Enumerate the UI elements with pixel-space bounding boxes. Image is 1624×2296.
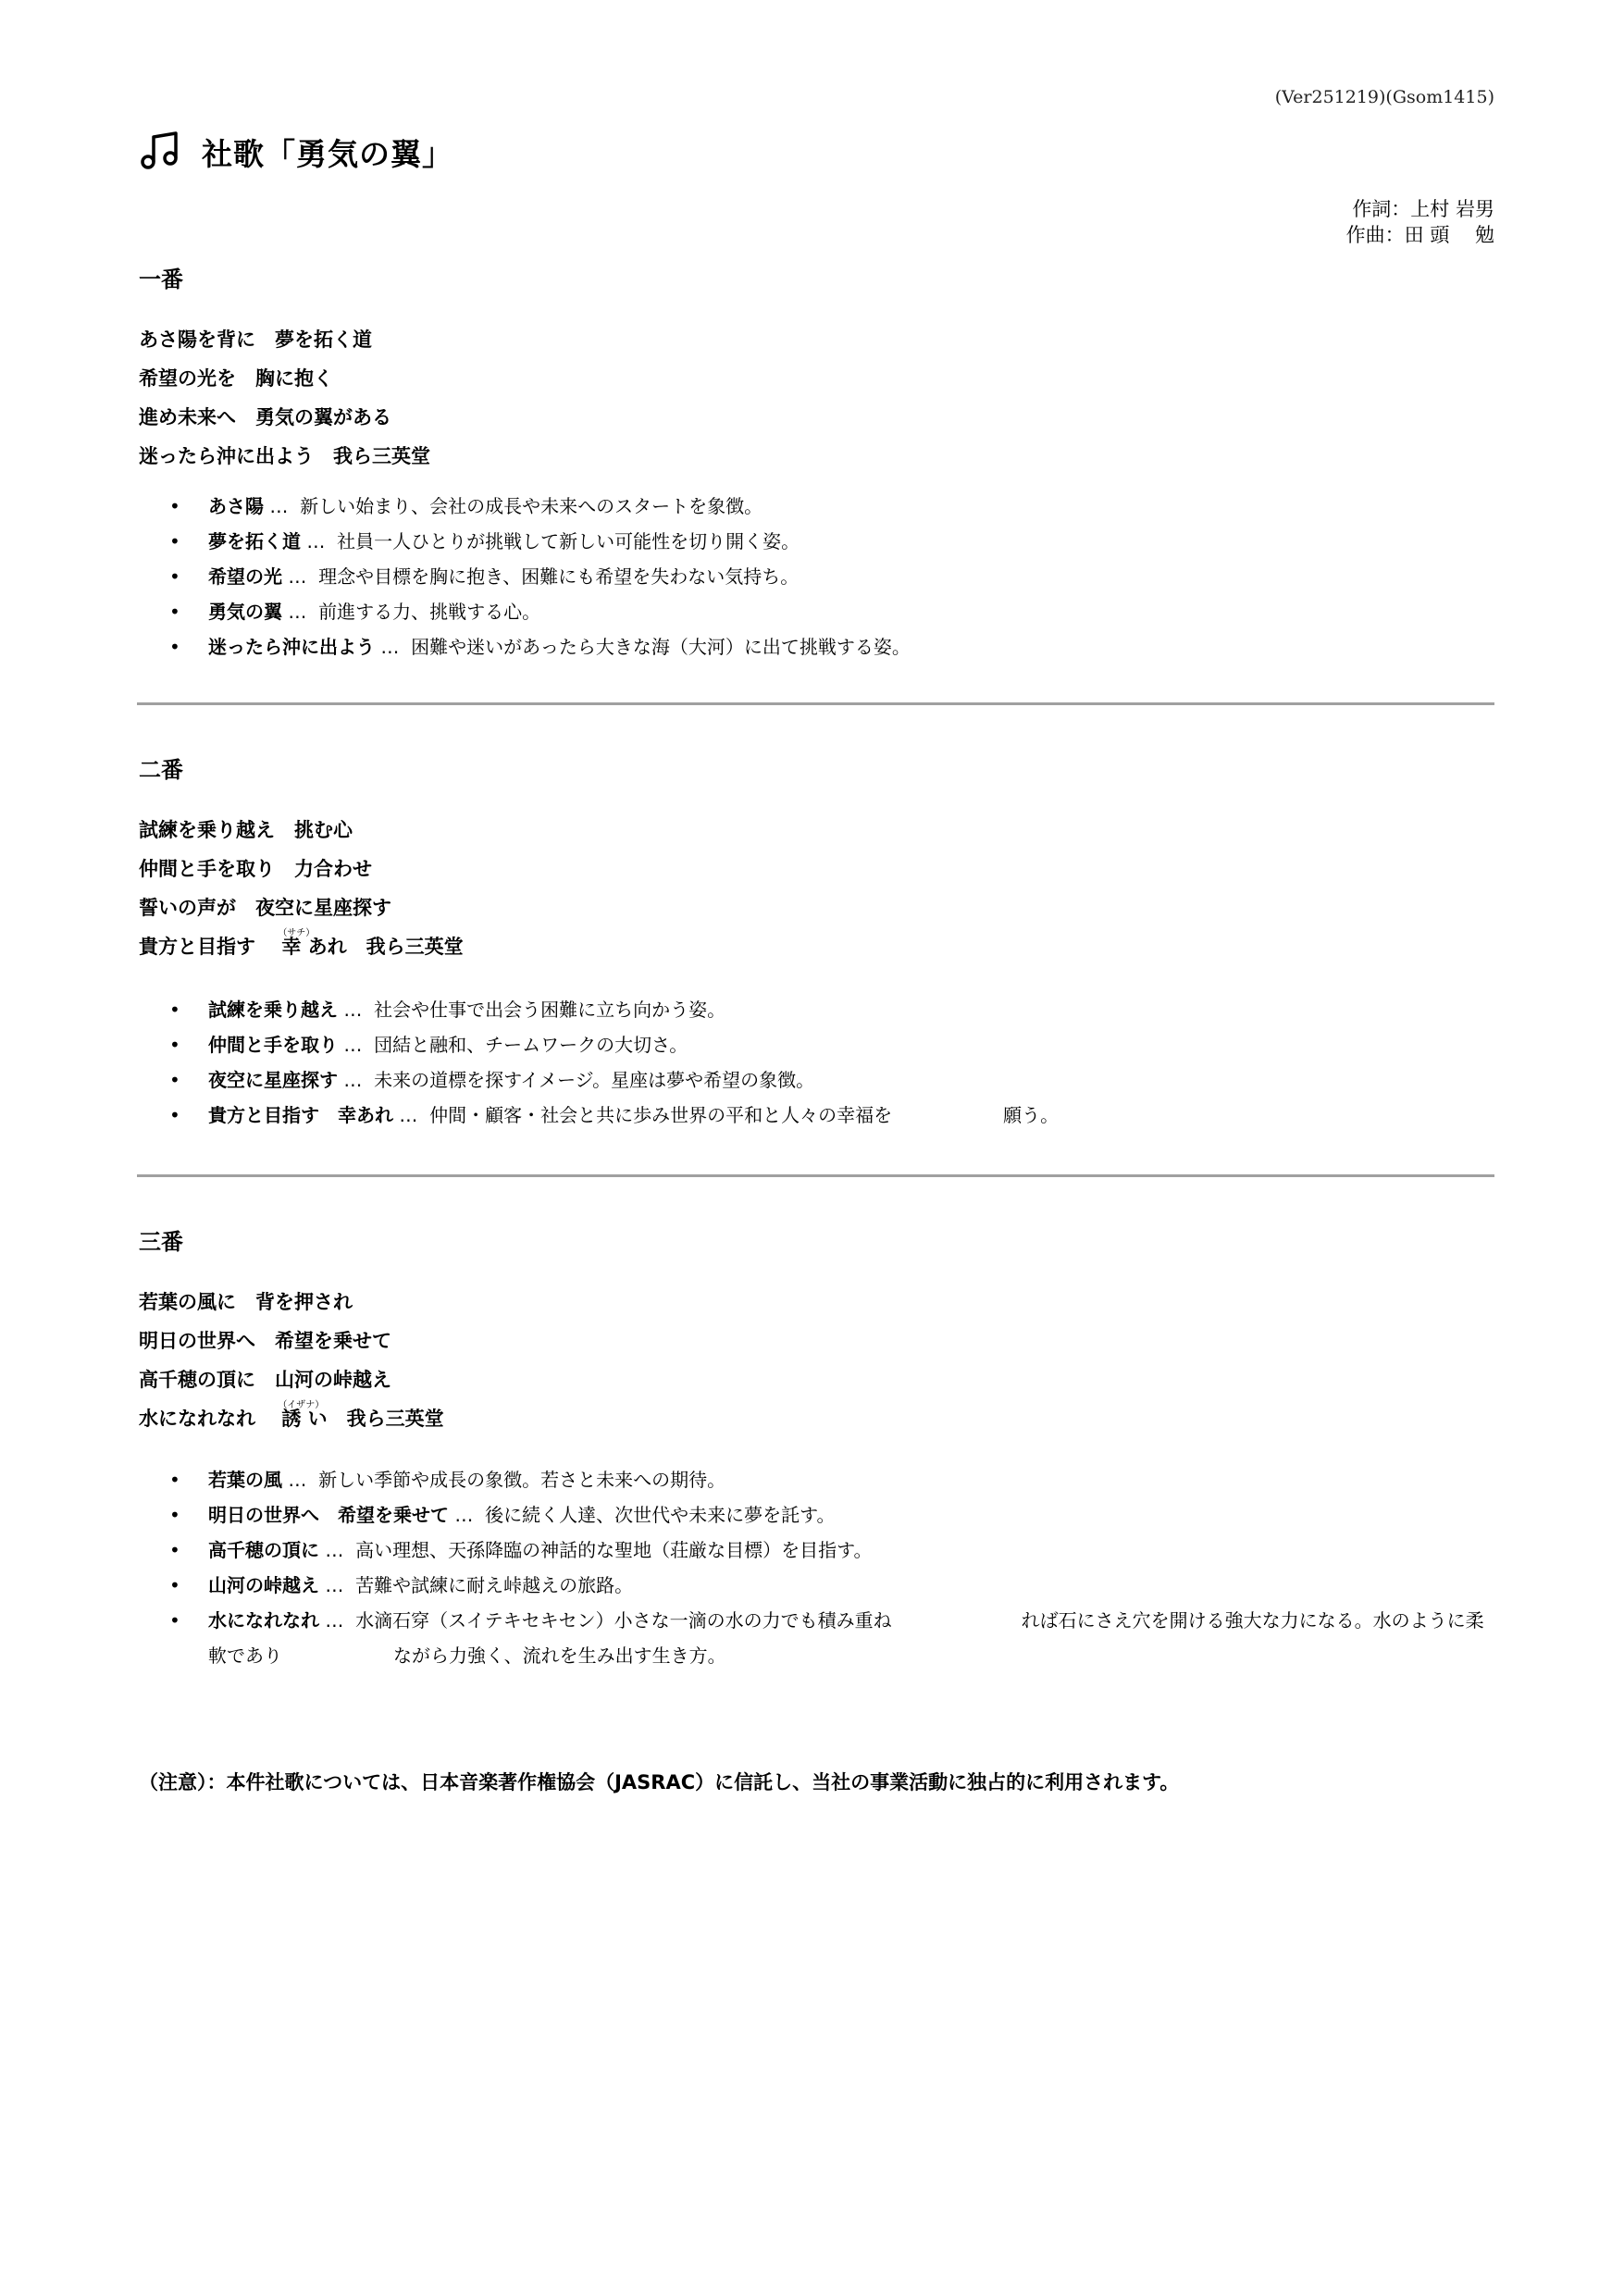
lyric-text: 水になれなれ bbox=[139, 1408, 281, 1430]
note-desc: … 社員一人ひとりが挑戦して新しい可能性を切り開く姿。 bbox=[301, 530, 800, 552]
ruby-reading: （サチ） bbox=[278, 914, 315, 953]
section-divider bbox=[137, 702, 1494, 705]
list-item: 若葉の風 … 新しい季節や成長の象徴。若さと未来への期待。 bbox=[167, 1462, 1499, 1497]
note-desc: … 新しい始まり、会社の成長や未来へのスタートを象徴。 bbox=[264, 495, 762, 517]
lyric-line: 進め未来へ 勇気の翼がある bbox=[139, 398, 430, 437]
note-term: 明日の世界へ 希望を乗せて bbox=[208, 1504, 449, 1526]
verse-2-notes: 試練を乗り越え … 社会や仕事で出会う困難に立ち向かう姿。 仲間と手を取り … … bbox=[167, 992, 1499, 1133]
note-desc: … 後に続く人達、次世代や未来に夢を託す。 bbox=[449, 1504, 835, 1526]
note-desc: … 理念や目標を胸に抱き、困難にも希望を失わない気持ち。 bbox=[282, 565, 799, 588]
note-desc: … 社会や仕事で出会う困難に立ち向かう姿。 bbox=[338, 999, 725, 1021]
note-desc: … 前進する力、挑戦する心。 bbox=[282, 601, 540, 623]
list-item: 高千穂の頂に … 高い理想、天孫降臨の神話的な聖地（荘厳な目標）を目指す。 bbox=[167, 1533, 1499, 1568]
list-item: 希望の光 … 理念や目標を胸に抱き、困難にも希望を失わない気持ち。 bbox=[167, 559, 1499, 594]
note-term: 夜空に星座探す bbox=[208, 1069, 338, 1091]
list-item: あさ陽 … 新しい始まり、会社の成長や未来へのスタートを象徴。 bbox=[167, 489, 1499, 524]
note-desc: … 新しい季節や成長の象徴。若さと未来への期待。 bbox=[282, 1469, 725, 1491]
list-item: 試練を乗り越え … 社会や仕事で出会う困難に立ち向かう姿。 bbox=[167, 992, 1499, 1027]
list-item: 夜空に星座探す … 未来の道標を探すイメージ。星座は夢や希望の象徴。 bbox=[167, 1062, 1499, 1098]
note-desc: … 困難や迷いがあったら大きな海（大河）に出て挑戦する姿。 bbox=[375, 636, 911, 658]
ruby-word: （イザナ）誘 bbox=[281, 1399, 301, 1438]
verse-3-notes: 若葉の風 … 新しい季節や成長の象徴。若さと未来への期待。 明日の世界へ 希望を… bbox=[167, 1462, 1499, 1673]
lyricist: 作詞：上村 岩男 bbox=[1346, 196, 1494, 222]
list-item: 夢を拓く道 … 社員一人ひとりが挑戦して新しい可能性を切り開く姿。 bbox=[167, 524, 1499, 559]
list-item: 貴方と目指す 幸あれ … 仲間・顧客・社会と共に歩み世界の平和と人々の幸福を 願… bbox=[167, 1098, 1499, 1133]
verse-1-notes: あさ陽 … 新しい始まり、会社の成長や未来へのスタートを象徴。 夢を拓く道 … … bbox=[167, 489, 1499, 664]
version-label: (Ver251219)(Gsom1415) bbox=[1275, 87, 1494, 107]
note-term: 勇気の翼 bbox=[208, 601, 282, 623]
note-term: 山河の峠越え bbox=[208, 1574, 319, 1596]
note-desc: … 苦難や試練に耐え峠越えの旅路。 bbox=[319, 1574, 633, 1596]
note-term: 試練を乗り越え bbox=[208, 999, 338, 1021]
lyric-text: 貴方と目指す bbox=[139, 936, 281, 958]
note-term: 迷ったら沖に出よう bbox=[208, 636, 375, 658]
section-divider bbox=[137, 1174, 1494, 1177]
lyric-line: 迷ったら沖に出よう 我ら三英堂 bbox=[139, 437, 430, 476]
verse-1-lyrics: あさ陽を背に 夢を拓く道 希望の光を 胸に抱く 進め未来へ 勇気の翼がある 迷っ… bbox=[139, 320, 430, 476]
list-item: 仲間と手を取り … 団結と融和、チームワークの大切さ。 bbox=[167, 1027, 1499, 1062]
note-term: 水になれなれ bbox=[208, 1609, 319, 1632]
lyric-line: 貴方と目指す （サチ）幸 あれ 我ら三英堂 bbox=[139, 927, 464, 966]
verse-1-heading: 一番 bbox=[139, 261, 183, 293]
list-item: 山河の峠越え … 苦難や試練に耐え峠越えの旅路。 bbox=[167, 1568, 1499, 1603]
note-term: あさ陽 bbox=[208, 495, 264, 517]
note-desc: … 水滴石穿（スイテキセキセン）小さな一滴の水の力でも積み重ね れば石にさえ穴を… bbox=[208, 1609, 1484, 1667]
ruby-word: （サチ）幸 bbox=[281, 927, 301, 966]
lyric-line: 仲間と手を取り 力合わせ bbox=[139, 850, 464, 888]
note-term: 希望の光 bbox=[208, 565, 282, 588]
ruby-reading: （イザナ） bbox=[278, 1386, 324, 1425]
lyric-text: あれ 我ら三英堂 bbox=[301, 936, 463, 958]
list-item: 明日の世界へ 希望を乗せて … 後に続く人達、次世代や未来に夢を託す。 bbox=[167, 1497, 1499, 1533]
note-term: 若葉の風 bbox=[208, 1469, 282, 1491]
note-desc: … 団結と融和、チームワークの大切さ。 bbox=[338, 1034, 688, 1056]
lyric-line: 希望の光を 胸に抱く bbox=[139, 359, 430, 398]
note-desc: … 仲間・顧客・社会と共に歩み世界の平和と人々の幸福を 願う。 bbox=[393, 1104, 1059, 1126]
lyric-line: 水になれなれ （イザナ）誘 い 我ら三英堂 bbox=[139, 1399, 444, 1438]
lyric-line: 明日の世界へ 希望を乗せて bbox=[139, 1322, 444, 1360]
copyright-notice: （注意）：本件社歌については、日本音楽著作権協会（JASRAC）に信託し、当社の… bbox=[139, 1768, 1179, 1795]
verse-3-lyrics: 若葉の風に 背を押され 明日の世界へ 希望を乗せて 高千穂の頂に 山河の峠越え … bbox=[139, 1283, 444, 1438]
composer: 作曲：田 頭 勉 bbox=[1346, 222, 1494, 248]
note-term: 高千穂の頂に bbox=[208, 1539, 319, 1561]
lyric-line: 試練を乗り越え 挑む心 bbox=[139, 811, 464, 850]
verse-2-heading: 二番 bbox=[139, 751, 183, 784]
title-row: 社歌「勇気の翼」 bbox=[139, 128, 453, 176]
note-term: 夢を拓く道 bbox=[208, 530, 301, 552]
credits: 作詞：上村 岩男 作曲：田 頭 勉 bbox=[1346, 196, 1494, 248]
music-note-icon bbox=[139, 128, 202, 176]
verse-2-lyrics: 試練を乗り越え 挑む心 仲間と手を取り 力合わせ 誓いの声が 夜空に星座探す 貴… bbox=[139, 811, 464, 966]
note-desc: … 高い理想、天孫降臨の神話的な聖地（荘厳な目標）を目指す。 bbox=[319, 1539, 872, 1561]
note-desc: … 未来の道標を探すイメージ。星座は夢や希望の象徴。 bbox=[338, 1069, 814, 1091]
page-title: 社歌「勇気の翼」 bbox=[202, 130, 453, 174]
lyric-line: あさ陽を背に 夢を拓く道 bbox=[139, 320, 430, 359]
verse-3-heading: 三番 bbox=[139, 1223, 183, 1256]
list-item: 勇気の翼 … 前進する力、挑戦する心。 bbox=[167, 594, 1499, 629]
list-item: 水になれなれ … 水滴石穿（スイテキセキセン）小さな一滴の水の力でも積み重ね れ… bbox=[167, 1603, 1499, 1673]
note-term: 貴方と目指す 幸あれ bbox=[208, 1104, 393, 1126]
note-term: 仲間と手を取り bbox=[208, 1034, 338, 1056]
list-item: 迷ったら沖に出よう … 困難や迷いがあったら大きな海（大河）に出て挑戦する姿。 bbox=[167, 629, 1499, 664]
lyric-line: 若葉の風に 背を押され bbox=[139, 1283, 444, 1322]
